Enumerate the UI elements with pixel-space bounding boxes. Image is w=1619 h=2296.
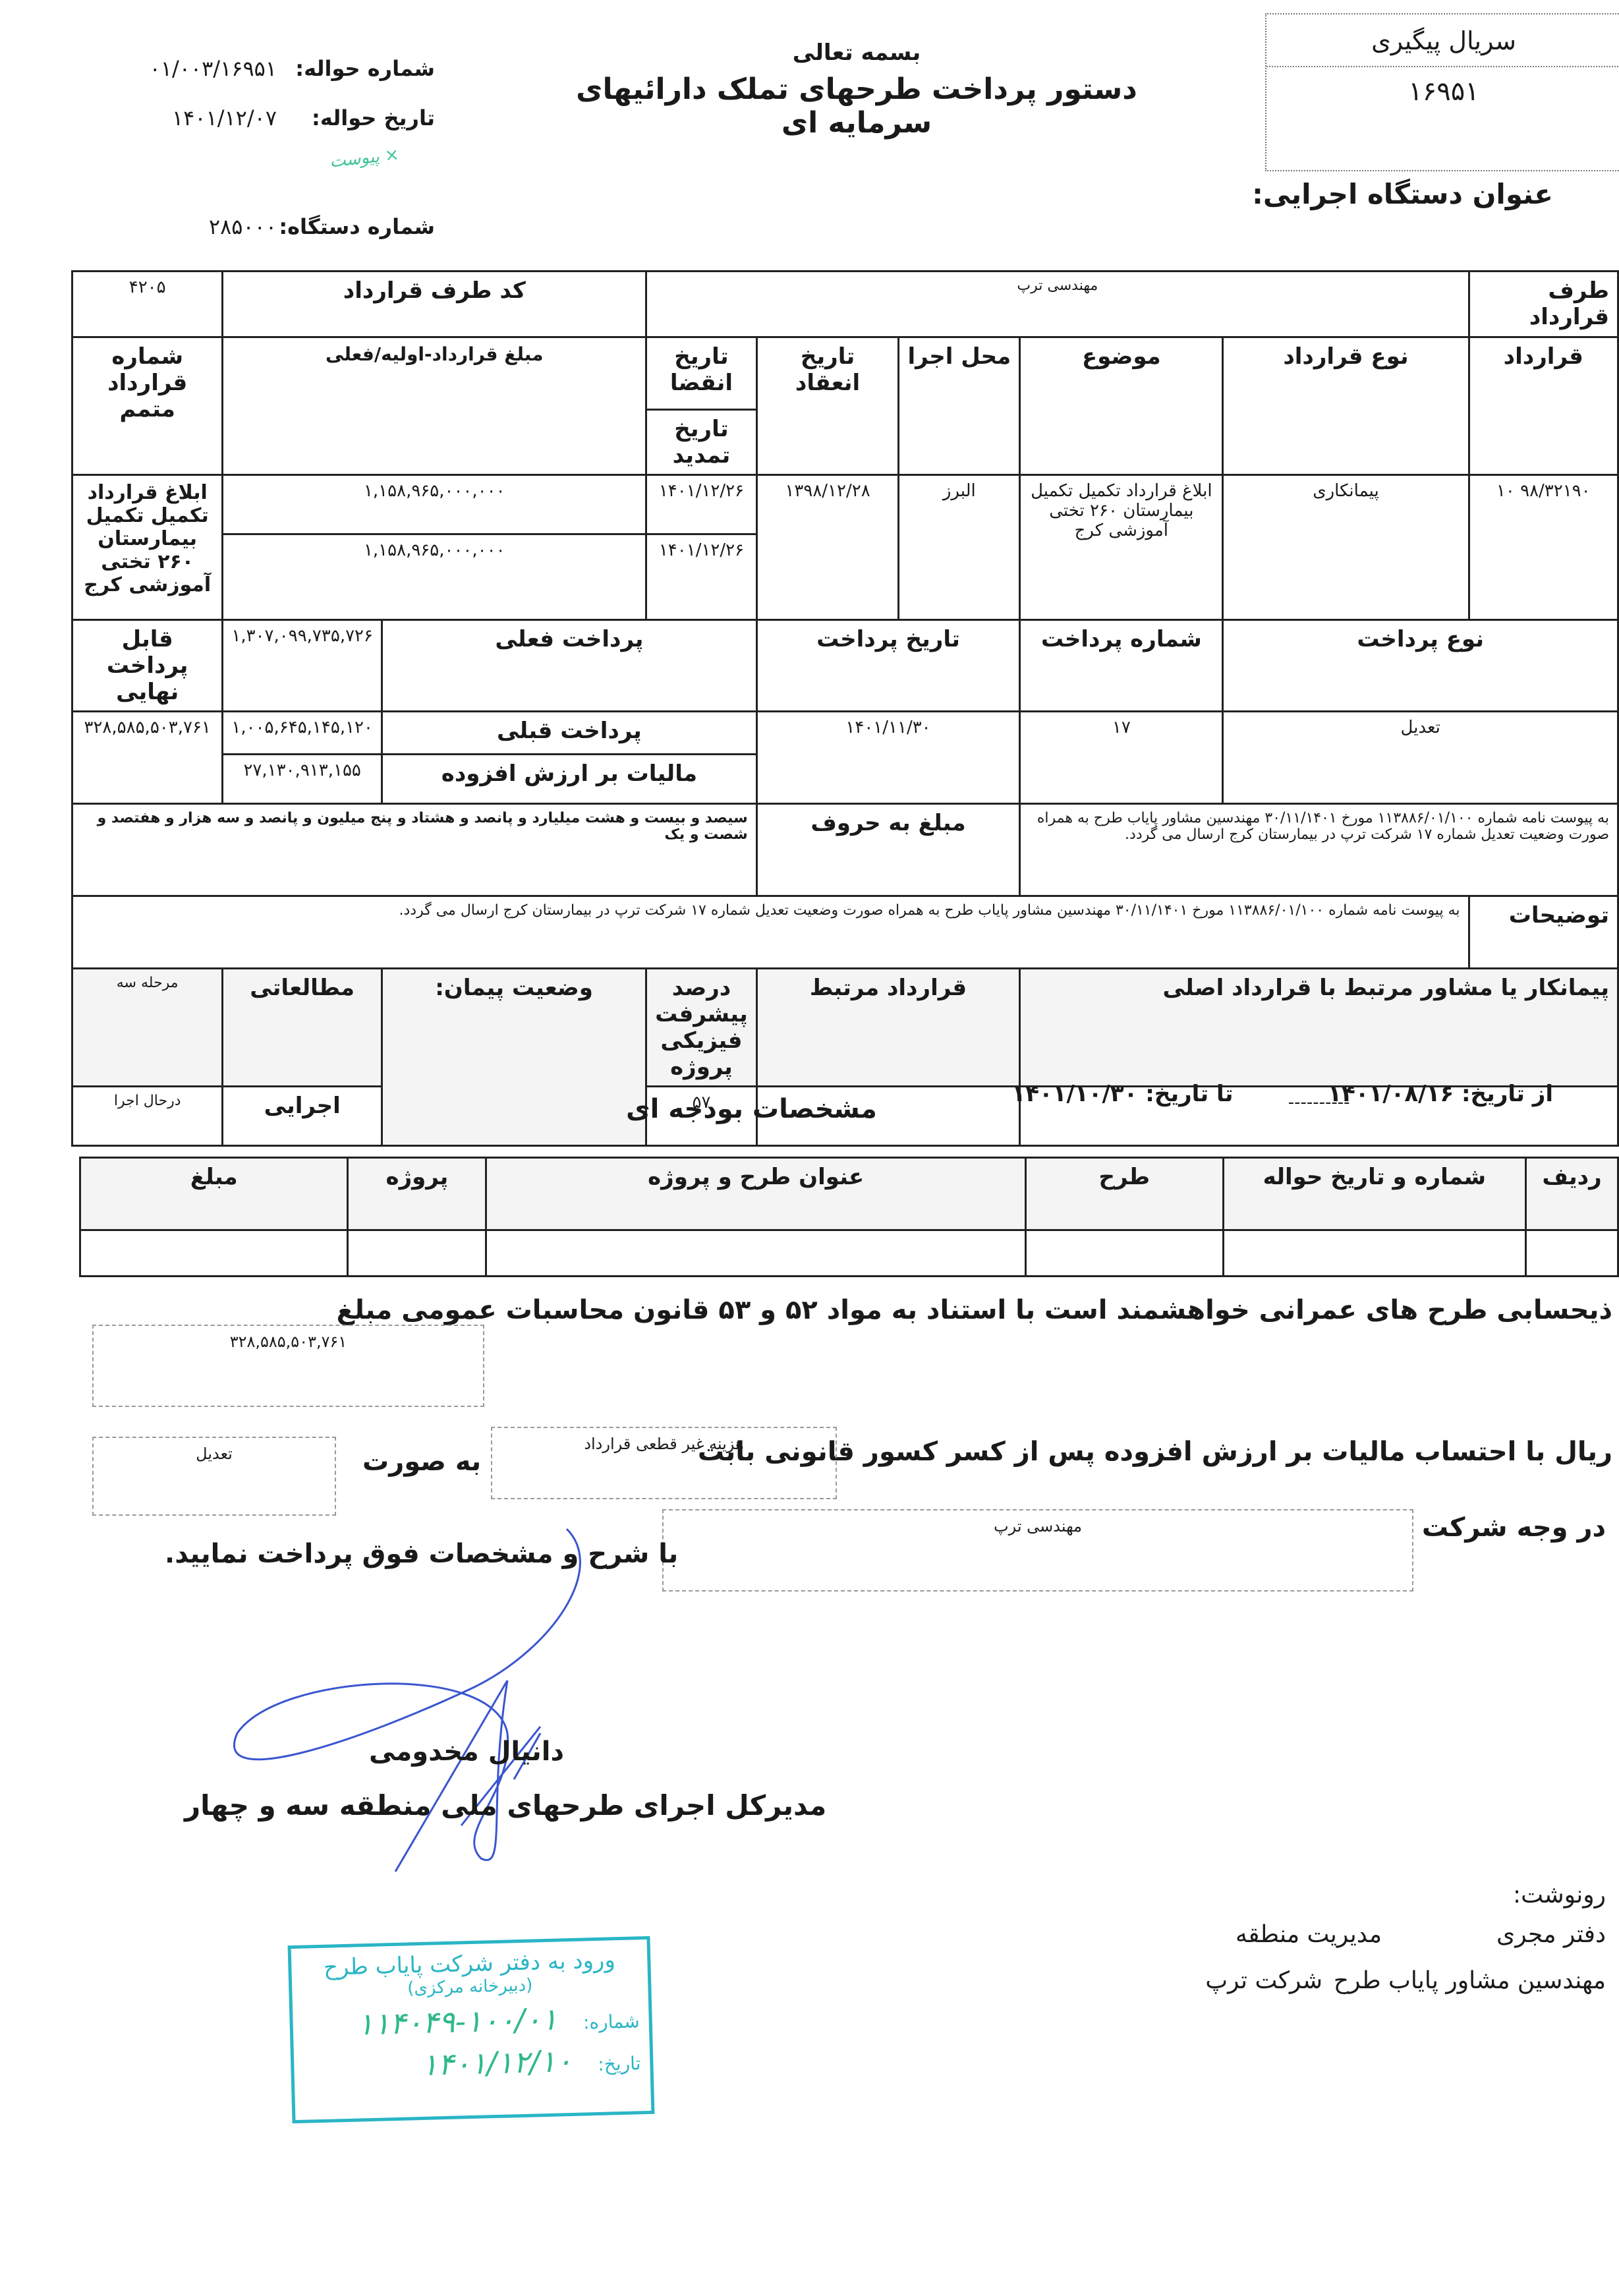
contract-amount-current: ۱,۱۵۸,۹۶۵,۰۰۰,۰۰۰ xyxy=(223,534,646,620)
contract-amount-initial: ۱,۱۵۸,۹۶۵,۰۰۰,۰۰۰ xyxy=(223,475,646,534)
col-contract: قرارداد xyxy=(1469,337,1618,475)
study-label: مطالعاتی xyxy=(223,969,382,1087)
budget-cell xyxy=(486,1230,1026,1277)
party-value: مهندسی ترپ xyxy=(646,272,1469,337)
signatory-name: دانیال مخدومی xyxy=(369,1736,564,1767)
col-supplement-number: شماره قرارداد متمم xyxy=(72,337,223,475)
remittance-date-value: ۱۴۰۱/۱۲/۰۷ xyxy=(79,105,277,130)
budget-cell xyxy=(1223,1230,1525,1277)
payment-type-value: تعدیل xyxy=(1223,712,1618,804)
remittance-date-row: تاریخ حواله: ۱۴۰۱/۱۲/۰۷ xyxy=(119,105,435,138)
col-subject: موضوع xyxy=(1020,337,1223,475)
serial-label: سریال پیگیری xyxy=(1266,14,1619,67)
remittance-number-row: شماره حواله: ۰۱/۰۰۳/۱۶۹۵۱ xyxy=(119,56,435,89)
budget-col-amount: مبلغ xyxy=(80,1158,348,1230)
payment-number-label: شماره پرداخت xyxy=(1020,620,1223,712)
instruction-line-1: ذیحسابی طرح های عمرانی خواهشمند است با ا… xyxy=(337,1295,1612,1325)
contract-status-label: وضعیت پیمان: xyxy=(382,969,646,1146)
progress-label: درصد پیشرفت فیزیکی پروژه xyxy=(646,969,757,1087)
amount-box: ۳۲۸,۵۸۵,۵۰۳,۷۶۱ xyxy=(92,1325,484,1407)
execution-value: درحال اجرا xyxy=(72,1087,223,1146)
current-payment-label: پرداخت فعلی xyxy=(382,620,756,712)
budget-table: ردیف شماره و تاریخ حواله طرح عنوان طرح و… xyxy=(79,1157,1619,1277)
contract-subject-value: ابلاغ قرارداد تکمیل تکمیل بیمارستان ۲۶۰ … xyxy=(1020,475,1223,620)
execution-label: اجرایی xyxy=(223,1087,382,1146)
budget-col-project: پروژه xyxy=(348,1158,486,1230)
serial-box: سریال پیگیری ۱۶۹۵۱ xyxy=(1265,13,1619,171)
budget-col-plan: طرح xyxy=(1026,1158,1224,1230)
budget-cell xyxy=(1026,1230,1224,1277)
budget-title: مشخصات بودجه ای xyxy=(626,1094,877,1124)
study-value: مرحله سه xyxy=(72,969,223,1087)
agency-label: عنوان دستگاه اجرایی: xyxy=(1252,178,1553,210)
payment-note: به پیوست نامه شماره ۱۱۳۸۸۶/۰۱/۱۰۰ مورخ ۳… xyxy=(1020,804,1618,896)
contract-location-value: البرز xyxy=(899,475,1020,620)
explanations-value: به پیوست نامه شماره ۱۱۳۸۸۶/۰۱/۱۰۰ مورخ ۳… xyxy=(72,896,1469,969)
budget-cell xyxy=(1526,1230,1618,1277)
remittance-number-value: ۰۱/۰۰۳/۱۶۹۵۱ xyxy=(79,56,277,81)
col-type: نوع قرارداد xyxy=(1223,337,1469,475)
payment-type-label: نوع پرداخت xyxy=(1223,620,1618,712)
remittance-date-label: تاریخ حواله: xyxy=(312,105,435,130)
vat-label: مالیات بر ارزش افزوده xyxy=(382,755,756,804)
serial-value: ۱۶۹۵۱ xyxy=(1266,69,1619,115)
contract-expiry-date-value: ۱۴۰۱/۱۲/۲۶ xyxy=(646,475,757,534)
amount-in-words-value: سیصد و بیست و هشت میلیارد و پانصد و هشتا… xyxy=(72,804,757,896)
contract-sign-date-value: ۱۳۹۸/۱۲/۲۸ xyxy=(756,475,899,620)
current-payment-value: ۱,۳۰۷,۰۹۹,۷۳۵,۷۲۶ xyxy=(223,620,382,712)
signature-scribble-icon xyxy=(198,1516,672,1885)
budget-cell xyxy=(348,1230,486,1277)
stamp-number-value: ۱۰۰/۰۱-۱۱۴۰۴۹ xyxy=(356,2001,557,2042)
copy-item-4: شرکت ترپ xyxy=(1205,1967,1322,1994)
final-payable-label: قابل پرداخت نهایی xyxy=(72,620,223,712)
agency-number-label: شماره دستگاه: xyxy=(279,214,435,239)
stamp-date-value: ۱۴۰۱/۱۲/۱۰ xyxy=(421,2043,573,2082)
explanations-label: توضیحات xyxy=(1469,896,1618,969)
party-label: طرف قرارداد xyxy=(1469,272,1618,337)
as-label: به صورت xyxy=(362,1447,481,1477)
col-expiry-date: تاریخ انقضا xyxy=(646,337,757,410)
contract-type-value: پیمانکاری xyxy=(1223,475,1469,620)
to-date-label: تا تاریخ: xyxy=(1145,1081,1233,1107)
party-code-value: ۴۲۰۵ xyxy=(72,272,223,337)
party-code-label: کد طرف قرارداد xyxy=(223,272,646,337)
stamp-date-row: تاریخ: ۱۴۰۱/۱۲/۱۰ xyxy=(303,2041,641,2085)
payment-number-value: ۱۷ xyxy=(1020,712,1223,804)
vat-value: ۲۷,۱۳۰,۹۱۳,۱۵۵ xyxy=(223,755,382,804)
bismillah-heading: بسمه تعالی xyxy=(758,40,955,66)
budget-col-title: عنوان طرح و پروژه xyxy=(486,1158,1026,1230)
budget-col-remittance: شماره و تاریخ حواله xyxy=(1223,1158,1525,1230)
handwritten-attachment-note: × پیوست xyxy=(329,145,400,172)
copy-item-1: دفتر مجری xyxy=(1496,1921,1606,1948)
supplement-number-value: ابلاغ قرارداد تکمیل تکمیل بیمارستان ۲۶۰ … xyxy=(72,475,223,620)
to-date-value: ۱۴۰۱/۱۰/۳۰ xyxy=(1012,1081,1138,1107)
copies-label: رونوشت: xyxy=(1513,1881,1606,1909)
copy-item-2: مدیریت منطقه xyxy=(1236,1921,1382,1948)
previous-payment-value: ۱,۰۰۵,۶۴۵,۱۴۵,۱۲۰ xyxy=(223,712,382,755)
period-row: از تاریخ: ۱۴۰۱/۰۸/۱۶ تا تاریخ: ۱۴۰۱/۱۰/۳… xyxy=(1012,1081,1553,1107)
signatory-title: مدیرکل اجرای طرحهای ملی منطقه سه و چهار xyxy=(185,1789,826,1822)
reason-box: هزینه غیر قطعی قرارداد xyxy=(491,1427,837,1499)
budget-col-row: ردیف xyxy=(1526,1158,1618,1230)
col-amount: مبلغ قرارداد-اولیه/فعلی xyxy=(223,337,646,475)
entry-stamp: ورود به دفتر شرکت پایاب طرح (دبیرخانه مر… xyxy=(288,1936,655,2123)
payment-date-value: ۱۴۰۱/۱۱/۳۰ xyxy=(756,712,1019,804)
contract-table: طرف قرارداد مهندسی ترپ کد طرف قرارداد ۴۲… xyxy=(71,270,1619,1147)
from-date-value: ۱۴۰۱/۰۸/۱۶ xyxy=(1328,1081,1454,1107)
document-title: دستور پرداخت طرحهای تملک دارائیهای سرمای… xyxy=(521,72,1193,140)
col-sign-date: تاریخ انعقاد xyxy=(756,337,899,475)
agency-number-row: شماره دستگاه: ۲۸۵۰۰۰ xyxy=(119,214,435,247)
contract-number-value: ۱۰ ۹۸/۳۲۱۹۰ xyxy=(1469,475,1618,620)
copy-item-3: مهندسین مشاور پایاب طرح xyxy=(1334,1967,1606,1994)
as-box: تعدیل xyxy=(92,1437,336,1516)
final-payable-value: ۳۲۸,۵۸۵,۵۰۳,۷۶۱ xyxy=(72,712,223,804)
from-date-label: از تاریخ: xyxy=(1462,1081,1553,1107)
company-box: مهندسی ترپ xyxy=(662,1509,1413,1592)
stamp-number-row: شماره: ۱۰۰/۰۱-۱۱۴۰۴۹ xyxy=(302,1999,640,2043)
instruction-line-3: در وجه شرکت xyxy=(1422,1512,1606,1543)
payment-date-label: تاریخ پرداخت xyxy=(756,620,1019,712)
related-contract-label: قرارداد مرتبط xyxy=(756,969,1019,1087)
col-location: محل اجرا xyxy=(899,337,1020,475)
contract-extension-date-value: ۱۴۰۱/۱۲/۲۶ xyxy=(646,534,757,620)
stamp-date-label: تاریخ: xyxy=(598,2052,641,2075)
agency-number-value: ۲۸۵۰۰۰ xyxy=(79,214,277,239)
stamp-number-label: شماره: xyxy=(583,2010,640,2033)
col-extension-date: تاریخ تمدید xyxy=(646,410,757,475)
remittance-number-label: شماره حواله: xyxy=(295,56,435,81)
amount-in-words-label: مبلغ به حروف xyxy=(756,804,1019,896)
budget-cell xyxy=(80,1230,348,1277)
previous-payment-label: پرداخت قبلی xyxy=(382,712,756,755)
related-contractor-label: پیمانکار یا مشاور مرتبط با قرارداد اصلی xyxy=(1020,969,1618,1087)
amount-box-value: ۳۲۸,۵۸۵,۵۰۳,۷۶۱ xyxy=(230,1333,347,1351)
